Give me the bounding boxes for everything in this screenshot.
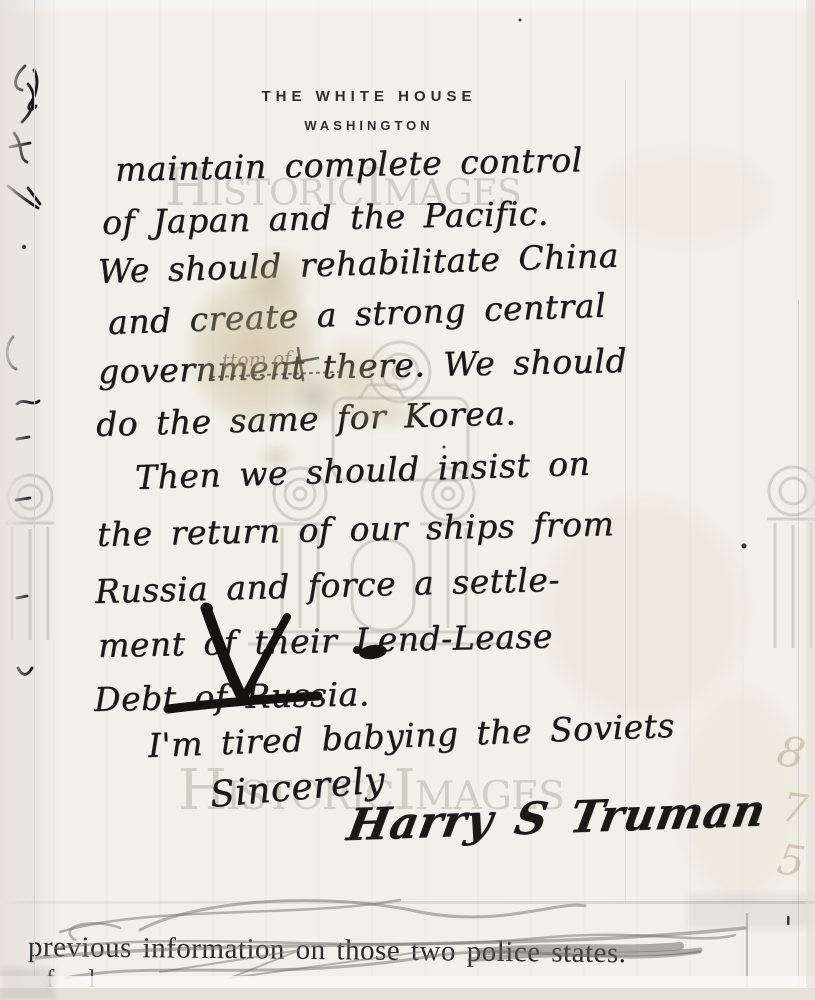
- pencil-cross-mark: [286, 348, 318, 380]
- paper-bottom-edge: [0, 976, 815, 988]
- photo-bottom-edge: [0, 988, 815, 1000]
- paper-speck: [443, 19, 790, 926]
- letter-photograph: HistoricImages HistoricImages: [0, 0, 815, 1000]
- pencil-smudge: [470, 946, 700, 960]
- photo-left-edge: [0, 0, 35, 1000]
- ink-blot: [353, 643, 388, 661]
- ink-marks-layer: [0, 0, 815, 1000]
- pencil-scribble: [35, 900, 745, 978]
- pencil-dotted-line: [212, 372, 338, 377]
- checkmark-icon: [201, 603, 287, 699]
- strikethrough-mark: [168, 696, 318, 709]
- photo-corner-shadow: [0, 968, 55, 1000]
- photo-right-edge: [806, 0, 815, 1000]
